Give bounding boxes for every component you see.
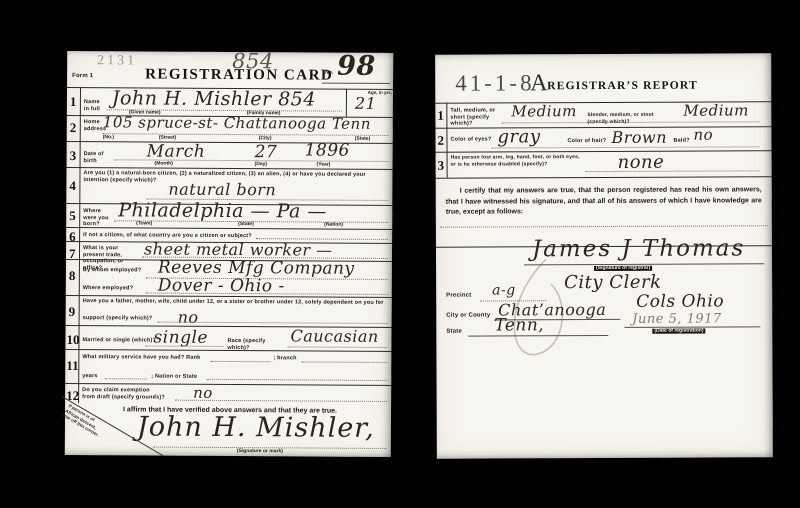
dependents-label-cont: support (specify which)? [83, 315, 153, 322]
answer-line [105, 378, 147, 379]
row-divider [436, 150, 772, 152]
city-sublabel: (City) [259, 136, 272, 141]
certification-text: I certify that my answers are true, that… [446, 185, 762, 218]
row-divider [65, 383, 391, 386]
row-number: 11 [66, 359, 78, 372]
signature-of-registrar-label: (Signature of registrar) [594, 266, 652, 271]
born-label: Where were you born? [83, 208, 113, 228]
registrar-title: City Clerk [564, 272, 661, 293]
row-number: 9 [69, 305, 76, 318]
answer-line [207, 379, 387, 381]
name-label: Name in full [84, 99, 106, 112]
year-sublabel: (Year) [317, 163, 331, 168]
no-underline [322, 83, 390, 84]
answer-line [492, 146, 760, 148]
row-divider [436, 176, 772, 178]
eyes-label: Color of eyes? [450, 136, 492, 143]
exemption-label-cont: from draft (specify grounds)? [82, 394, 165, 401]
state-sublabel: (State) [238, 222, 254, 227]
state-sublabel: (State) [355, 137, 371, 142]
height-label: Tall, medium, or short (specify which)? [450, 107, 502, 127]
signature-or-mark-label: (Signature or mark) [237, 449, 283, 454]
precinct-value: a-g [492, 282, 516, 298]
no-sublabel: (No.) [103, 135, 114, 140]
report-stamp-number: 41-1-8 [455, 70, 534, 96]
registration-date: June 5, 1917 [632, 311, 721, 326]
build-answer: Medium [683, 101, 749, 119]
dob-label: Date of birth [84, 151, 110, 164]
years-label: years [82, 373, 97, 380]
citizen-answer: natural born [168, 180, 276, 200]
registration-place: Cols Ohio [636, 291, 724, 311]
number-column-rule [446, 103, 447, 178]
registrars-report-card: 41-1-8 A REGISTRAR’S REPORT 1 Tall, medi… [435, 53, 773, 458]
state-label: State [446, 329, 462, 336]
row-number: 4 [69, 179, 76, 192]
answer-line [210, 361, 270, 362]
registration-card: Form 1 2131 854 REGISTRATION CARD No. 98… [65, 51, 393, 457]
where-employed-label: Where employed? [83, 285, 143, 292]
registrar-signature: James J Thomas [532, 235, 745, 262]
registrant-signature: John H. Mishler, [137, 411, 375, 443]
report-stamp-letter: A [530, 70, 547, 97]
answer-line [287, 346, 387, 348]
employer-label: By whom employed? [83, 267, 143, 274]
blank-line [440, 225, 768, 227]
report-title: REGISTRAR’S REPORT [547, 80, 698, 93]
answer-line [586, 170, 760, 172]
bald-answer: no [693, 126, 713, 144]
nation-sublabel: (Nation) [324, 223, 343, 228]
card-number: 98 [337, 51, 376, 82]
card-title: REGISTRATION CARD [145, 67, 333, 83]
row-divider [66, 227, 392, 230]
branch-label: ; branch [273, 355, 296, 362]
subject-question-label: If not a citizen, of what country are yo… [83, 232, 253, 240]
row-number: 3 [70, 149, 77, 162]
dependents-label: Have you a father, mother, wife, child u… [83, 298, 385, 306]
day-sublabel: (Day) [255, 162, 268, 167]
nation-state-label: ; Nation or State [151, 374, 197, 381]
row-number: 3 [438, 159, 445, 172]
dependents-answer: no [178, 308, 199, 327]
hair-answer: Brown [611, 128, 667, 147]
dob-year: 1896 [305, 140, 350, 160]
form-label: Form 1 [72, 73, 93, 80]
married-label: Married or single (which)? [82, 337, 162, 344]
age-value: 21 [355, 94, 376, 113]
row-number: 1 [70, 95, 77, 108]
row-number: 1 [437, 109, 444, 122]
row-number: 10 [66, 333, 79, 346]
row-divider [435, 126, 771, 128]
born-answer: Philadelphia — Pa — [118, 199, 327, 222]
home-address-answer: 105 spruce-st- Chattanooga Tenn [103, 113, 371, 133]
precinct-label: Precinct [446, 293, 471, 300]
disability-answer: none [618, 152, 665, 173]
answer-line [103, 133, 389, 136]
row-number: 2 [437, 134, 444, 147]
bald-label: Bald? [673, 138, 689, 145]
city-county-label: City or County [446, 312, 490, 319]
street-sublabel: (Street) [159, 136, 177, 141]
height-answer: Medium [511, 102, 577, 120]
row-number: 8 [69, 269, 76, 282]
row-divider [65, 349, 391, 352]
build-label: Slender, medium, or stout (specify which… [587, 112, 659, 125]
disability-label: Has person lost arm, leg, hand, foot, or… [451, 154, 581, 168]
military-label: What military service have you had? Rank [82, 354, 222, 361]
no-label: No. [325, 71, 333, 76]
answer-line [301, 361, 387, 363]
eyes-answer: gray [497, 126, 540, 147]
number-column-rule [78, 87, 81, 403]
race-answer: Caucasian [290, 326, 378, 346]
state-value: Tenn, [494, 315, 544, 335]
exemption-label: Do you claim exemption [82, 387, 150, 394]
month-sublabel: (Month) [155, 162, 173, 167]
town-sublabel: (Town) [136, 221, 152, 226]
row-number: 5 [69, 209, 76, 222]
age-box: Age, in yrs. 21 [346, 89, 394, 117]
hair-label: Color of hair? [567, 138, 609, 145]
serial-stamp: 2131 [97, 53, 137, 69]
name-answer: John H. Mishler 854 [112, 87, 316, 110]
scanned-document-page: Form 1 2131 854 REGISTRATION CARD No. 98… [0, 0, 800, 508]
row-number: 2 [70, 121, 77, 134]
date-of-registration-label: (Date of registration) [652, 329, 705, 334]
